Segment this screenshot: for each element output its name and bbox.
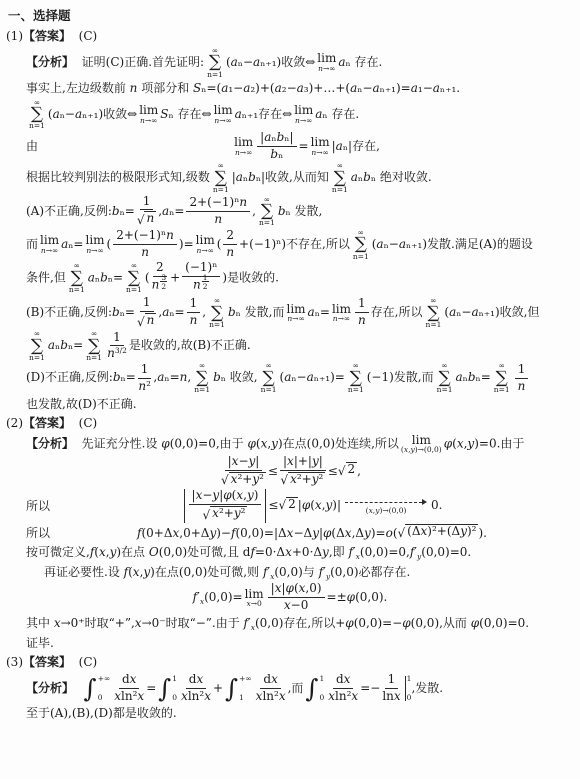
integral-lower-limit: 1 (239, 694, 252, 702)
text-run: ₙ= (169, 204, 184, 218)
left-abs-bar (184, 489, 185, 522)
math-variable: n (193, 277, 201, 291)
denominator: xln²x (328, 689, 358, 704)
text-run: 再证必要性.设 (44, 565, 124, 579)
text-run: ≤ (268, 498, 278, 512)
summation-symbol: ∞∑n=1 (69, 262, 85, 293)
text-run: ₙ₊₁)= (380, 81, 411, 95)
text-run: | (255, 454, 259, 468)
numerator: |aₙbₙ| (257, 131, 296, 147)
numerator: dx (260, 673, 280, 689)
text-run: →∞ (201, 246, 214, 255)
text-run: , (357, 464, 361, 478)
text-run: 2+(−1)ⁿ (116, 228, 166, 242)
math-variable: b (60, 338, 68, 352)
text-run: , (187, 371, 191, 385)
math-variable: a (373, 81, 380, 95)
text-run: (0,0)=0. (479, 616, 529, 630)
math-variable: n (141, 245, 149, 259)
centered-equation: f(0+Δx,0+Δy)−f(0,0)=|Δx−Δy|φ(Δx,Δy)=o(√(… (50, 524, 574, 543)
fraction: |aₙbₙ|bₙ (257, 131, 296, 162)
sum-lower-limit: n=1 (213, 186, 229, 194)
text-run: + (170, 271, 180, 285)
math-variable: x (271, 672, 278, 686)
square-root: √x²+y² (203, 506, 248, 521)
math-variable: x (394, 689, 401, 703)
text-run: +0·Δ (292, 545, 322, 559)
text-run: 2 (226, 228, 234, 242)
text-run: 所以 (26, 526, 50, 540)
math-variable: φ (347, 590, 355, 604)
math-variable: n (107, 346, 115, 360)
sum-lower-limit: n=1 (348, 386, 364, 394)
fraction: |x|+|y|√x²+y² (280, 455, 326, 488)
analysis-3: 【分析】 ∫+∞0dxxln²x=∫10dxxln²x+∫+∞1dxxln²x,… (26, 673, 574, 704)
math-variable: x (133, 565, 140, 579)
text-run: →0⁻时取“−”.由于 (142, 616, 244, 630)
text-run: ²+ (297, 472, 312, 486)
math-variable: a (307, 371, 314, 385)
text-run: ≤ (328, 464, 338, 478)
fraction: |x|φ(x,0)x−0 (268, 582, 325, 613)
integral-sign-icon: ∫ (305, 676, 318, 701)
math-variable: n (138, 379, 146, 393)
text-run: )| (332, 498, 341, 512)
text-run: ₙ− (60, 107, 75, 121)
text-run: →∞ (338, 314, 351, 323)
summation-symbol: ∞∑n=1 (437, 362, 453, 393)
equation-line: 由limn→∞|aₙbₙ|bₙ=limn→∞|aₙ|存在, (26, 131, 574, 162)
sigma-icon: ∑ (496, 370, 508, 386)
text-run: (0,0). (355, 590, 387, 604)
integral-lower-limit: 0 (319, 694, 324, 702)
subscript: x (356, 552, 360, 561)
text-run: 所以 (26, 499, 50, 513)
text-run: ln² (121, 689, 137, 703)
text-run: ₙ₊₁)收敛⇔ (260, 55, 315, 69)
numerator: 1 (202, 274, 209, 283)
denominator: n32 (152, 277, 169, 295)
subscript: y (417, 552, 421, 561)
sigma-icon: ∑ (355, 236, 367, 252)
text-run: = (146, 681, 156, 695)
numerator: 2+(−1)ⁿn (186, 196, 250, 212)
text-run: ₙ= (164, 371, 179, 385)
text-run: (−1)发散,而 (367, 371, 434, 385)
text-run: 先证充分性.设 (74, 436, 161, 450)
fraction: 1n² (138, 363, 152, 394)
text-run: (B)不正确,反例: (26, 305, 112, 319)
math-variable: b (363, 171, 371, 185)
text-run: 2 (348, 462, 356, 476)
integral-lower-limit: 0 (98, 694, 111, 702)
line-label: 所以 (26, 497, 50, 516)
sigma-icon: ∑ (438, 370, 450, 386)
text-run: ₙ₊₁)收敛⇔ (82, 107, 137, 121)
text-run: , (202, 305, 206, 319)
subscript: x (251, 623, 255, 632)
math-variable: x (196, 672, 203, 686)
summation-symbol: ∞∑n=1 (259, 196, 275, 227)
text-run: 【分析】 (26, 436, 74, 450)
text-run: ₙ− (456, 305, 471, 319)
fraction: 12 (202, 274, 209, 291)
option-D-line: (D)不正确,反例:bₙ=1n²,aₙ=n,∞∑n=1bₙ 收敛,∞∑n=1(a… (26, 362, 574, 393)
text-run: )是收敛的. (222, 271, 279, 285)
summation-symbol: ∞∑n=1 (353, 229, 369, 260)
text-run: (2) (6, 416, 23, 430)
math-variable: y (271, 436, 278, 450)
text-run: 0 (98, 693, 103, 702)
sum-lower-limit: n=1 (126, 286, 142, 294)
text-run: (0+Δ (141, 526, 172, 540)
square-root: √2 (278, 497, 297, 512)
sum-lower-limit: n=1 (209, 321, 225, 329)
summation-symbol: ∞∑n=1 (29, 330, 45, 361)
integral: ∫+∞0 (84, 675, 111, 702)
text-run: 0. (431, 498, 442, 512)
text-run: (3) (6, 655, 23, 669)
math-variable: x (287, 454, 294, 468)
text-run: 1 (358, 296, 366, 310)
text-run: →0 (251, 599, 262, 608)
numerator: 1 (140, 195, 154, 211)
fraction: 2+(−1)ⁿnn (113, 229, 177, 260)
text-run: 项部分和 (137, 81, 193, 95)
text-run: ₙ= (169, 305, 184, 319)
math-variable: a (53, 107, 60, 121)
text-run: )在点(0,0)处可微,则 (150, 565, 263, 579)
text-run: (0,0)=0, (360, 545, 410, 559)
text-run: ₙ| (284, 130, 293, 144)
superscript: 12 (201, 277, 210, 286)
sigma-icon: ∑ (334, 170, 346, 186)
sigma-icon: ∑ (128, 270, 140, 286)
math-variable: a (275, 81, 282, 95)
text-run: 3 (161, 273, 166, 282)
centered-equation: limn→∞|aₙbₙ|bₙ=limn→∞|aₙ|存在, (38, 131, 574, 162)
text-run: 1 (518, 362, 526, 376)
denominator: lnx (382, 689, 400, 704)
math-variable: φ (402, 616, 410, 630)
limit-operator: lim(x,y)→(0,0) (401, 434, 442, 454)
math-variable: O (149, 545, 159, 559)
text-run: ₙ= (68, 237, 83, 251)
math-variable: x (290, 472, 297, 486)
limit-underscript: n→∞ (41, 247, 58, 255)
denominator: √x²+y² (203, 505, 248, 523)
math-variable: φ (444, 436, 452, 450)
radicand: x²+y² (288, 472, 325, 487)
text-run: (A)不正确,反例: (26, 204, 112, 218)
text-run: 证明(C)正确.首先证明: (74, 55, 204, 69)
sum-lower-limit: n=1 (207, 71, 223, 79)
math-variable: a (471, 305, 478, 319)
analysis-1: 【分析】 证明(C)正确.首先证明:∞∑n=1(aₙ−aₙ₊₁)收敛⇔limn→… (26, 47, 574, 78)
text-run: ² (241, 506, 246, 520)
summation-symbol: ∞∑n=1 (126, 262, 142, 293)
body-line: 证毕. (26, 634, 574, 653)
math-variable: a (235, 107, 242, 121)
radicand: x²+y² (210, 506, 247, 521)
radical-icon: √ (137, 316, 145, 328)
text-run: (0,0),从而 (411, 616, 471, 630)
radical-icon: √ (398, 527, 406, 539)
text-run: 1 (141, 362, 149, 376)
text-run: 根据比较判别法的极限形式知,级数 (26, 171, 210, 185)
text-run: ,Δ (352, 526, 364, 540)
text-run: (0,0)= (204, 590, 243, 604)
math-variable: n (239, 195, 247, 209)
math-variable: y (364, 526, 371, 540)
text-run: 2 (288, 497, 296, 511)
text-run: 存在,所以 (371, 305, 423, 319)
numerator: dx (333, 673, 353, 689)
math-variable: y (247, 488, 254, 502)
numerator: dx (119, 673, 139, 689)
sum-lower-limit: n=1 (194, 386, 210, 394)
sum-lower-limit: n=1 (259, 219, 275, 227)
fraction: 1lnx (382, 673, 400, 704)
body-line: ∞∑n=1(aₙ−aₙ₊₁)收敛⇔limn→∞Sₙ 存在⇔limn→∞aₙ₊₁存… (26, 99, 574, 130)
integral: ∫+∞1 (225, 675, 252, 702)
denominator: n² (138, 379, 151, 394)
text-run: )在点(0,0)处连续,所以 (278, 436, 399, 450)
square-root: √n (137, 313, 156, 328)
text-run: (0,0)处可微,且 d (159, 545, 251, 559)
summation-symbol: ∞∑n=1 (209, 297, 225, 328)
text-run: , (252, 204, 256, 218)
text-run: d (122, 672, 130, 686)
integral-upper-limit: +∞ (98, 675, 111, 683)
denominator: n (226, 245, 234, 260)
math-variable: φ (345, 616, 353, 630)
numerator: 3 (160, 274, 167, 283)
denominator: n (358, 313, 366, 328)
integral: ∫10 (305, 675, 324, 702)
integral-upper-limit: 1 (172, 675, 177, 683)
line-label: 所以 (26, 524, 50, 543)
math-variable: n (358, 313, 366, 327)
summation-symbol: ∞∑n=1 (86, 330, 102, 361)
text-run: ₁− (418, 81, 433, 95)
summation-symbol: ∞∑n=1 (207, 47, 223, 78)
text-run: )− (216, 526, 231, 540)
math-variable: a (399, 237, 406, 251)
abs-content: |x−y|φ(x,y)√x²+y² (187, 489, 264, 522)
limit-underscript: n→∞ (140, 117, 157, 125)
text-run: )= (371, 526, 386, 540)
math-variable: a (297, 81, 304, 95)
limit-underscript: n→∞ (214, 117, 231, 125)
lower-limit: 0 (407, 694, 412, 702)
radical-icon: √ (137, 214, 145, 226)
text-run: 【答案】 (23, 655, 71, 669)
text-run: 而 (26, 237, 38, 251)
denominator: n (190, 313, 198, 328)
radicand: n (144, 211, 156, 226)
limit-underscript: n→∞ (318, 65, 335, 73)
denominator: 2 (203, 282, 208, 291)
fraction: 1√n (137, 296, 156, 329)
text-run: ₙ|收敛,从而知 (256, 171, 329, 185)
fraction: 2n32 (152, 261, 169, 295)
body-line: 事实上,左边级数前 n 项部分和 Sₙ=(a₁−a₂)+(a₂−a₃)+…+(a… (26, 79, 574, 98)
text-run: ( (217, 237, 222, 251)
text-run: ln² (188, 689, 204, 703)
text-run: (1) (6, 29, 23, 43)
text-run: ₙ₊₁存在⇔ (242, 107, 292, 121)
equation-line: 所以f(0+Δx,0+Δy)−f(0,0)=|Δx−Δy|φ(Δx,Δy)=o(… (26, 524, 574, 543)
math-variable: a (411, 81, 418, 95)
limit-underscript: n→∞ (333, 315, 350, 323)
math-variable: n (146, 211, 154, 225)
math-variable: n (190, 313, 198, 327)
denominator: 2 (161, 282, 166, 291)
limit-underscript: n→∞ (235, 149, 252, 157)
math-variable: φ (302, 498, 310, 512)
text-run: − (238, 454, 248, 468)
text-run: 1 (203, 273, 208, 282)
fraction: |x−y|√x²+y² (221, 455, 266, 488)
math-variable: a (48, 338, 55, 352)
sigma-icon: ∑ (215, 170, 227, 186)
text-run: ₙ 发散, (286, 204, 323, 218)
text-run: 2 (203, 282, 208, 291)
text-run: )= (179, 237, 194, 251)
math-variable: b (228, 305, 236, 319)
limit-operator: limn→∞ (40, 234, 59, 254)
math-variable: x (137, 689, 144, 703)
math-variable: x (457, 436, 464, 450)
radicand: 2 (346, 462, 358, 477)
fraction: 2n (223, 229, 237, 260)
math-variable: x (200, 597, 204, 606)
answer-2: (2)【答案】 (C) (6, 414, 574, 433)
math-variable: b (213, 371, 221, 385)
numerator: |x−y|φ(x,y) (189, 489, 262, 505)
integral-upper-limit: 1 (319, 675, 324, 683)
text-run: |+| (294, 454, 312, 468)
equation-line: f′x(0,0)=limx→0|x|φ(x,0)x−0=±φ(0,0). (6, 582, 574, 613)
text-run: +∞ (98, 674, 111, 683)
text-run: ₙ− (238, 55, 253, 69)
math-variable: b (112, 305, 120, 319)
integral-limits: +∞0 (98, 675, 111, 702)
math-variable: b (248, 171, 256, 185)
superscript: 3/2 (115, 346, 127, 355)
math-variable: x (130, 672, 137, 686)
fraction: 32 (160, 274, 167, 291)
text-run: ( (145, 271, 150, 285)
text-run: ₙ 存在⇔ (169, 107, 212, 121)
text-run: −Δ (293, 526, 312, 540)
text-run: 由 (26, 139, 38, 153)
numerator: 2 (223, 229, 237, 245)
math-variable: S (193, 81, 201, 95)
text-run: ≤ (268, 464, 278, 478)
text-run: 也发散,故(D)不正确. (26, 397, 137, 411)
radical-icon: √ (203, 509, 211, 521)
math-variable: x (345, 526, 352, 540)
sum-lower-limit: n=1 (29, 354, 45, 362)
sum-lower-limit: n=1 (69, 286, 85, 294)
text-run: ₙ= (476, 371, 491, 385)
text-run: ₙ 存在. (346, 55, 383, 69)
math-variable: x (114, 689, 121, 703)
sum-lower-limit: n=1 (332, 186, 348, 194)
numerator: 1 (138, 363, 152, 379)
sum-lower-limit: n=1 (425, 321, 441, 329)
fraction: dxxln²x (181, 673, 211, 704)
text-run: ₙ= (121, 371, 136, 385)
text-run: ₙ 收敛, (221, 371, 258, 385)
math-variable: a (308, 305, 315, 319)
text-run: 【分析】 (26, 681, 74, 695)
summation-symbol: ∞∑n=1 (261, 362, 277, 393)
text-run: 0 (319, 693, 324, 702)
text-run: 2 (161, 282, 166, 291)
page-title: 一、选择题 (8, 6, 574, 25)
math-variable: x (356, 552, 360, 561)
text-run: 【分析】 (26, 55, 74, 69)
text-run: ² (146, 379, 151, 393)
sigma-icon: ∑ (427, 305, 439, 321)
text-run: ₂− (282, 81, 297, 95)
text-run: (C) (71, 655, 97, 669)
limit-operator: limn→∞ (317, 52, 336, 72)
math-variable: a (456, 371, 463, 385)
sigma-icon: ∑ (211, 305, 223, 321)
math-variable: φ (471, 616, 479, 630)
text-run: ₃)+…+( (304, 81, 350, 95)
math-variable: a (236, 171, 243, 185)
limit-operator: limn→∞ (294, 104, 313, 124)
text-run: ₙ= (315, 305, 330, 319)
denominator: n12 (193, 277, 210, 295)
numerator: 1 (385, 673, 399, 689)
summation-symbol: ∞∑n=1 (213, 162, 229, 193)
arrow-underscript: (x,y)→(0,0) (366, 507, 407, 515)
analysis-2: 【分析】 先证充分性.设 φ(0,0)=0,由于 φ(x,y)在点(0,0)处连… (26, 434, 574, 454)
fraction: dxxln²x (256, 673, 286, 704)
text-run: 1 (388, 672, 396, 686)
square-root: √x²+y² (280, 472, 325, 487)
superscript: 32 (159, 277, 168, 286)
text-run: ₂)+( (250, 81, 274, 95)
math-variable: b (100, 271, 108, 285)
body-line: 按可微定义,f(x,y)在点 O(0,0)处可微,且 df=0·Δx+0·Δy,… (26, 543, 574, 562)
text-run: 1 (319, 674, 324, 683)
fraction: 1√n (137, 195, 156, 228)
denominator: √x²+y² (280, 471, 325, 489)
fraction: 1n (515, 363, 529, 394)
text-run: 按可微定义, (26, 545, 90, 559)
text-run: ₙ₊₁)发散.满足(A)的题设 (406, 237, 533, 251)
text-run: 2+(−1)ⁿ (189, 195, 239, 209)
denominator: √n (137, 312, 156, 330)
sum-lower-limit: n=1 (437, 386, 453, 394)
arrow-line-icon (345, 498, 427, 506)
denominator: xln²x (114, 689, 144, 704)
math-variable: x (328, 689, 335, 703)
radicand: n (145, 313, 157, 328)
text-run: (0,0)与 (274, 565, 318, 579)
answer-1: (1)【答案】 (C) (6, 27, 574, 46)
text-run: →∞ (292, 314, 305, 323)
sigma-icon: ∑ (196, 370, 208, 386)
radical-icon: √ (278, 499, 286, 511)
